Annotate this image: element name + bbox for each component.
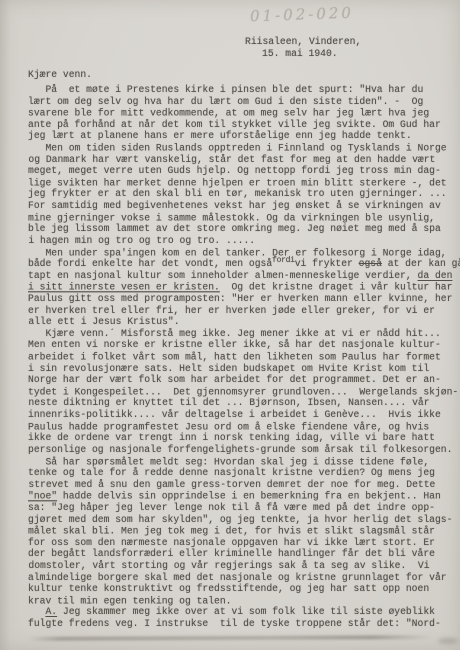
letter-line: målet skal bli. Men jeg tok meg i det, f… — [28, 525, 460, 537]
letter-line: For samtidig med begivenhetenes vekst ha… — [28, 200, 460, 212]
letter-line: innenriks-politikk.... vår deltagelse i … — [28, 409, 460, 421]
letter-line: A. Jeg skammer meg ikke over at vi som f… — [28, 606, 460, 618]
letter-line: i hagen min og tro og tro og tro. ..... — [28, 235, 460, 247]
scanned-letter-page: 01-02-020 Riisaleen, Vinderen, 15. mai 1… — [0, 0, 460, 650]
letter-line: Så har spørsmålet meldt seg: Hvordan ska… — [28, 456, 460, 468]
letter-line: for oss som den nærmeste nasjonale oppga… — [28, 537, 460, 549]
dateline-place: Riisaleen, Vinderen, — [245, 36, 361, 47]
letter-line: neste diktning er knyttet til det ... Bj… — [28, 397, 460, 409]
letter-line: Paulus gitt oss med programposten: "Her … — [28, 293, 460, 305]
letter-line: ikke de ordene var trengt inn i norsk te… — [28, 432, 460, 444]
letter-line: i sin revolusjonære sats. Helt siden bud… — [28, 363, 460, 375]
letter-line: meget, meget verre uten Guds hjelp. Og n… — [28, 165, 460, 177]
letter-line: "noe" hadde delvis sin opprindelse i en … — [28, 491, 460, 503]
letter-line: Men enten vi norske er kristne eller ikk… — [28, 339, 460, 351]
letter-line: sa: "Jeg håper jeg lever lenge nok til å… — [28, 502, 460, 514]
letter-line: personlige og nasjonale forfengelighets-… — [28, 444, 460, 456]
letter-body: På et møte i Prestenes kirke i pinsen bl… — [28, 84, 460, 630]
letter-line: tenke og tale for å redde denne nasjonal… — [28, 467, 460, 479]
letter-line: almindelige borgere skal med det nasjona… — [28, 572, 460, 584]
letter-line: fulgte fredens veg. I instrukse til de t… — [28, 618, 460, 630]
letter-line: strevet med å snu den gamle gress-torven… — [28, 479, 460, 491]
letter-line: ante på forhånd at når det kom til stykk… — [28, 119, 460, 131]
letter-line: jeg frykter er at den skal bli en tør, m… — [28, 188, 460, 200]
letter-line: og Danmark har vært vanskelig, står det … — [28, 154, 460, 166]
letter-line: Norge har der vært folk som har arbeidet… — [28, 374, 460, 386]
letter-line: er hverken trel eller fri, her er hverke… — [28, 305, 460, 317]
letter-line: Men under spa'ingen kom en del tanker. D… — [28, 247, 460, 259]
scan-smudge-artifact — [438, 638, 458, 644]
letter-line: der begått landsforræderi eller kriminel… — [28, 548, 460, 560]
letter-line: alle ett i Jesus Kristus". — [28, 316, 460, 328]
letter-line: kultur tenke konstruktivt og fredsstifte… — [28, 583, 460, 595]
handwritten-archive-number: 01-02-020 — [250, 3, 381, 26]
letter-line: tydet i Kongespeilet... Det gjennomsyrer… — [28, 386, 460, 398]
letter-line: i sitt innerste vesen er kristen. Og det… — [28, 282, 460, 294]
letter-line: tapt en nasjonal kultur som inneholder a… — [28, 270, 460, 282]
letter-line: Kjære venn.´ Misforstå meg ikke. Jeg men… — [28, 328, 460, 340]
salutation: Kjære venn. — [28, 69, 92, 80]
letter-line: ble jeg lissom lammet av det store omkri… — [28, 223, 460, 235]
letter-line: Men om tiden siden Ruslands opptreden i … — [28, 142, 460, 154]
letter-line: lært om deg selv og hva har du lært om G… — [28, 96, 460, 108]
letter-line: krav til min egen tenking og talen. — [28, 595, 460, 607]
letter-line: lige svikten har merket denne hjelpen er… — [28, 177, 460, 189]
dateline-date: 15. mai 1940. — [262, 48, 338, 59]
letter-line: gjøret med dem som har skylden", og jeg … — [28, 514, 460, 526]
scan-shadow-artifact — [28, 635, 433, 641]
letter-line: Paulus hadde programfestet Jesu ord om å… — [28, 421, 460, 433]
letter-line: arbeidet i folket vårt som mål, hatt den… — [28, 351, 460, 363]
letter-line: mine gjerninger vokse i samme målestokk.… — [28, 212, 460, 224]
letter-line: svarene ble for mitt vedkommende, at om … — [28, 108, 460, 120]
letter-line: domstoler, vårt storting og vår regjerin… — [28, 560, 460, 572]
letter-line: både fordi enkelte har det vondt, men og… — [28, 258, 460, 270]
letter-line: På et møte i Prestenes kirke i pinsen bl… — [28, 84, 460, 96]
letter-line: jeg lært at planene hans er mere uforstå… — [28, 130, 460, 142]
